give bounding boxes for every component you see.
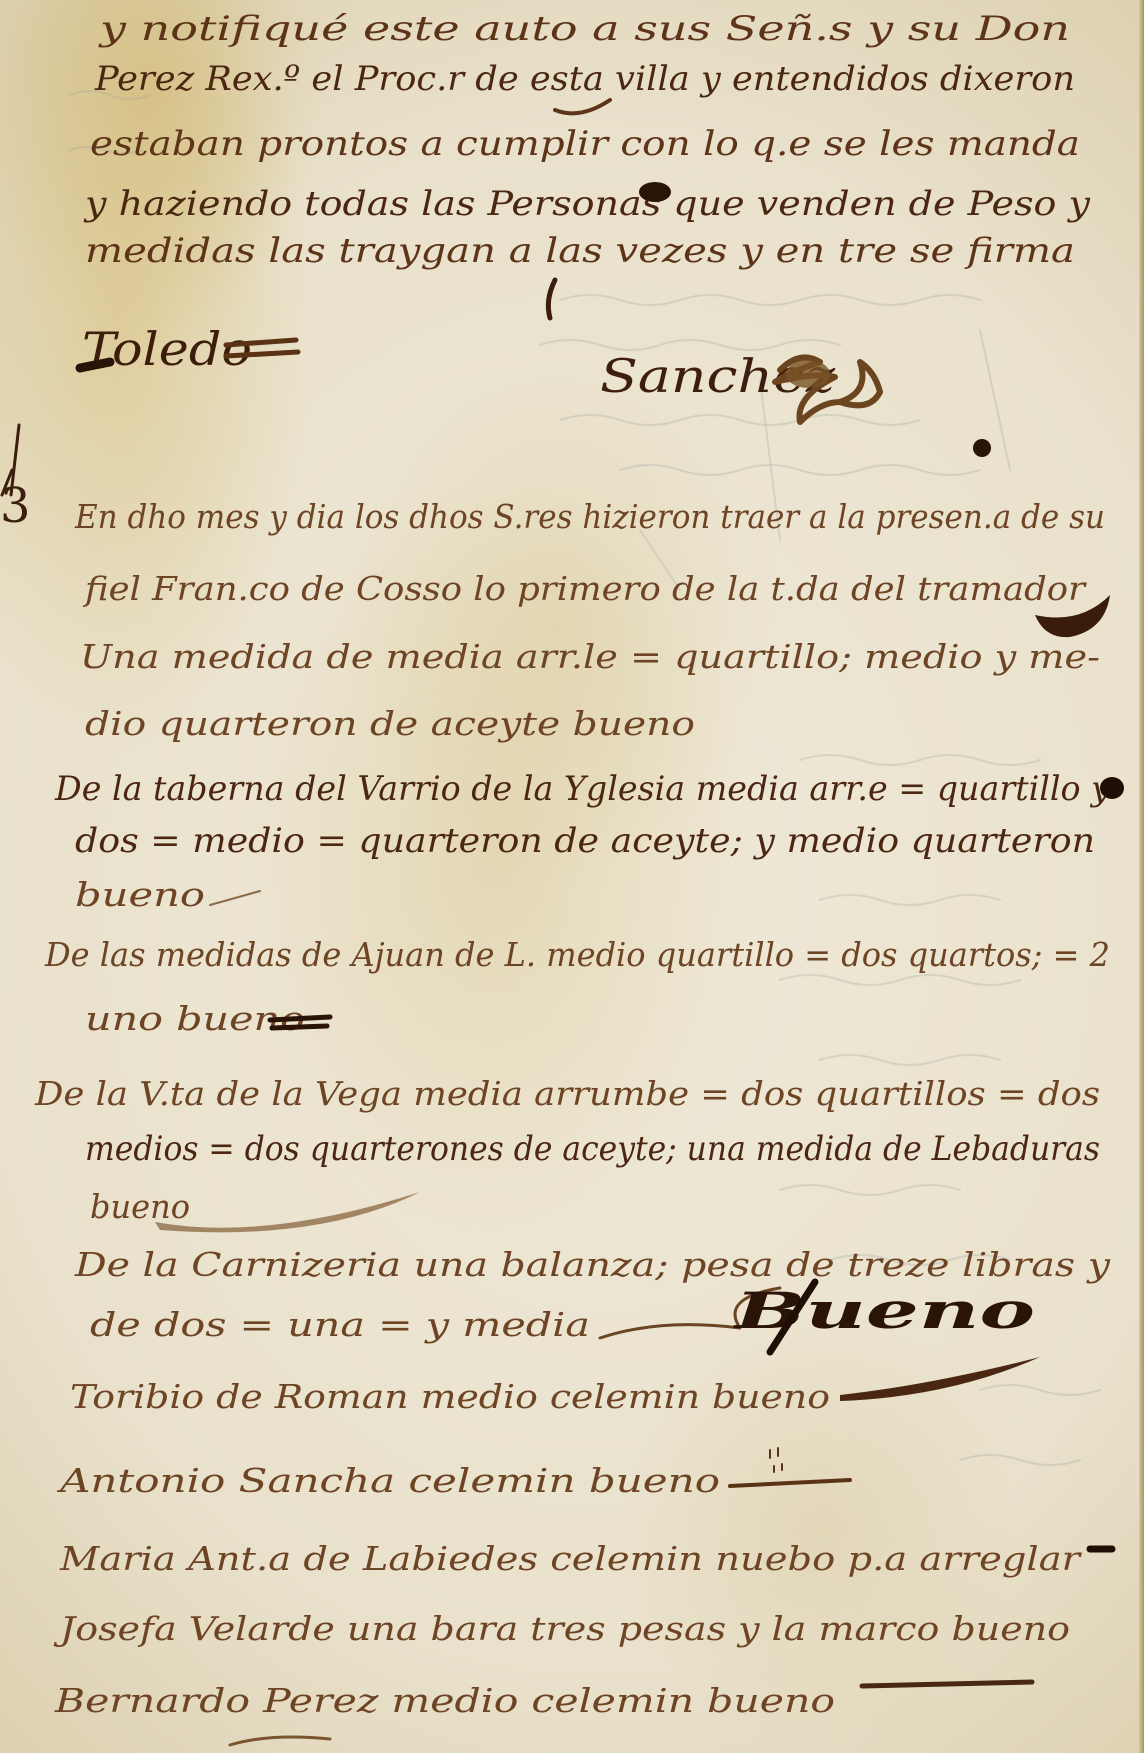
entry-line: bueno [75, 875, 205, 914]
ink-blot [1100, 777, 1124, 799]
descender-flourish [555, 100, 610, 113]
intro-line: En dho mes y dia los dhos S.res hizieron… [74, 497, 1105, 536]
entry-line: medios = dos quarterones de aceyte; una … [85, 1129, 1100, 1169]
entry-line: De la V.ta de la Vega media arrumbe = do… [34, 1074, 1100, 1113]
inspection-entry: De la Carnizeria una balanza; pesa de tr… [74, 1245, 1111, 1352]
entry-line: De la Carnizeria una balanza; pesa de tr… [74, 1245, 1111, 1284]
notification-line: Perez Rex.º el Proc.r de esta villa y en… [94, 59, 1075, 99]
margin-number: 3 [0, 478, 31, 534]
notification-line: estaban prontos a cumplir con lo q.e se … [90, 124, 1080, 164]
inspection-entry: De las medidas de Ajuan de L. medio quar… [44, 935, 1110, 1038]
dash-mark [210, 891, 260, 905]
inspection-entry: Josefa Velarde una bara tres pesas y la … [53, 1609, 1070, 1648]
inspection-entry: Antonio Sancha celemin bueno [56, 1448, 850, 1500]
dash-mark [730, 1480, 850, 1486]
inspection-paragraph: En dho mes y dia los dhos S.res hizieron… [74, 497, 1110, 637]
entry-line: De las medidas de Ajuan de L. medio quar… [44, 935, 1110, 974]
inspection-entry: Una medida de media arr.le = quartillo; … [80, 637, 1100, 743]
tick-marks-icon [770, 1448, 782, 1472]
intro-line: fiel Fran.co de Cosso lo primero de la t… [82, 569, 1088, 608]
margin-note: 3 [0, 425, 31, 534]
inspection-entry: Bernardo Perez medio celemin bueno [54, 1681, 1032, 1745]
entry-line: dio quarteron de aceyte bueno [85, 704, 695, 743]
entry-line: bueno [90, 1187, 190, 1226]
entry-line: De la taberna del Varrio de la Yglesia m… [54, 769, 1111, 809]
entry-line: Maria Ant.a de Labiedes celemin nuebo p.… [59, 1539, 1083, 1578]
manuscript-page: y notifiqué este auto a sus Señ.s y su D… [0, 0, 1144, 1753]
manuscript-canvas: y notifiqué este auto a sus Señ.s y su D… [0, 0, 1144, 1753]
entry-line: Una medida de media arr.le = quartillo; … [80, 637, 1100, 676]
entry-line: dos = medio = quarteron de aceyte; y med… [75, 821, 1095, 861]
notification-line: y haziendo todas las Personas que venden… [83, 184, 1091, 224]
entry-line: Josefa Velarde una bara tres pesas y la … [53, 1609, 1070, 1648]
notification-line: y notifiqué este auto a sus Señ.s y su D… [97, 9, 1070, 49]
signature-block: Toledo Sanchez [80, 322, 991, 457]
entry-line: Toribio de Roman medio celemin bueno [70, 1377, 830, 1416]
entry-line: de dos = una = y media [90, 1305, 590, 1344]
flourish-stroke [155, 1192, 420, 1232]
dash-mark [840, 1357, 1040, 1401]
notification-paragraph: y notifiqué este auto a sus Señ.s y su D… [83, 9, 1091, 318]
notification-line: medidas las traygan a las vezes y en tre… [85, 231, 1075, 271]
ink-blot [639, 182, 671, 202]
approval-annotation: Bueno [732, 1281, 1035, 1340]
inspection-entry: De la V.ta de la Vega media arrumbe = do… [34, 1074, 1100, 1232]
entry-line: Bernardo Perez medio celemin bueno [54, 1681, 835, 1720]
dash-mark [862, 1682, 1032, 1686]
ink-dot [973, 439, 991, 457]
signature-left: Toledo [82, 322, 252, 376]
closing-stroke [230, 1737, 330, 1745]
inspection-entry: Maria Ant.a de Labiedes celemin nuebo p.… [59, 1539, 1112, 1578]
inspection-entry: De la taberna del Varrio de la Yglesia m… [54, 769, 1124, 914]
ink-blot [786, 360, 830, 388]
inspection-entry: Toribio de Roman medio celemin bueno [70, 1357, 1040, 1416]
descender-flourish [548, 280, 555, 318]
entry-line: Antonio Sancha celemin bueno [56, 1461, 720, 1500]
signature-underline-icon [80, 362, 110, 368]
